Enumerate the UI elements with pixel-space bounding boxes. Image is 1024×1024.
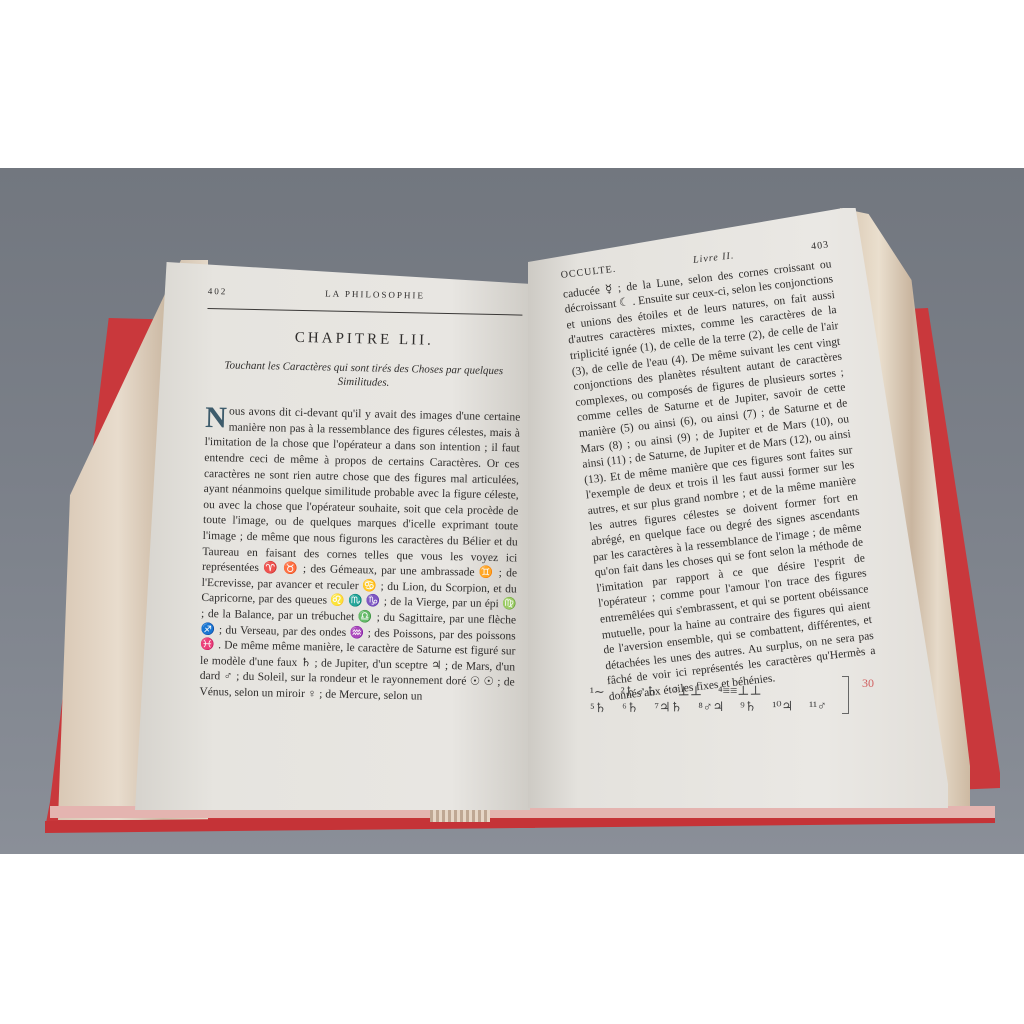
glyph: ²♄♂♄ — [621, 684, 658, 700]
left-body-paragraph: ous avons dit ci-devant qu'il y avait de… — [199, 404, 520, 707]
drop-cap: N — [205, 404, 227, 432]
header-rule — [207, 308, 522, 316]
ribbon-bookmark — [430, 808, 490, 822]
glyph: ⁷♃♄ — [654, 699, 682, 715]
glyph: ⁶♄ — [622, 700, 638, 716]
bracket-mark — [842, 676, 849, 714]
chapter-subtitle: Touchant les Caractères qui sont tirés d… — [206, 358, 522, 393]
glyph: ⁸♂♃ — [698, 699, 724, 715]
left-body: N ous avons dit ci-devant qu'il y avait … — [199, 404, 520, 707]
photo-background: 402 LA PHILOSOPHIE CHAPITRE LII. Touchan… — [0, 168, 1024, 854]
glyph: ⁹♄ — [740, 699, 756, 715]
left-page-text: 402 LA PHILOSOPHIE CHAPITRE LII. Touchan… — [199, 284, 523, 707]
glyph-row-2: ⁵♄ ⁶♄ ⁷♃♄ ⁸♂♃ ⁹♄ ¹⁰♃ ¹¹♂ — [590, 698, 850, 716]
handwritten-annotation: 30 — [862, 676, 874, 691]
glyph: ¹⁰♃ — [772, 698, 793, 714]
glyph: ¹¹♂ — [809, 698, 827, 714]
glyph: ³⊥⊥ — [674, 683, 702, 699]
hermes-characters: ¹∼ ²♄♂♄ ³⊥⊥ ⁴≡≡⊥⊥ ⁵♄ ⁶♄ ⁷♃♄ ⁸♂♃ ⁹♄ ¹⁰♃ ¹… — [590, 682, 850, 716]
right-page-text: OCCULTE. Livre II. 403 caducée ☿ ; de la… — [560, 237, 878, 705]
glyph: ⁴≡≡⊥⊥ — [718, 683, 762, 699]
right-body: caducée ☿ ; de la Lune, selon des cornes… — [562, 257, 878, 706]
left-running-title: LA PHILOSOPHIE — [325, 286, 425, 304]
left-page-number: 402 — [208, 284, 228, 300]
right-page-number: 403 — [810, 237, 830, 255]
chapter-title: CHAPITRE LII. — [207, 329, 522, 351]
right-body-paragraph: caducée ☿ ; de la Lune, selon des cornes… — [562, 257, 878, 706]
glyph: ¹∼ — [590, 684, 605, 700]
glyph: ⁵♄ — [590, 700, 606, 716]
right-running-book: Livre II. — [692, 248, 735, 268]
